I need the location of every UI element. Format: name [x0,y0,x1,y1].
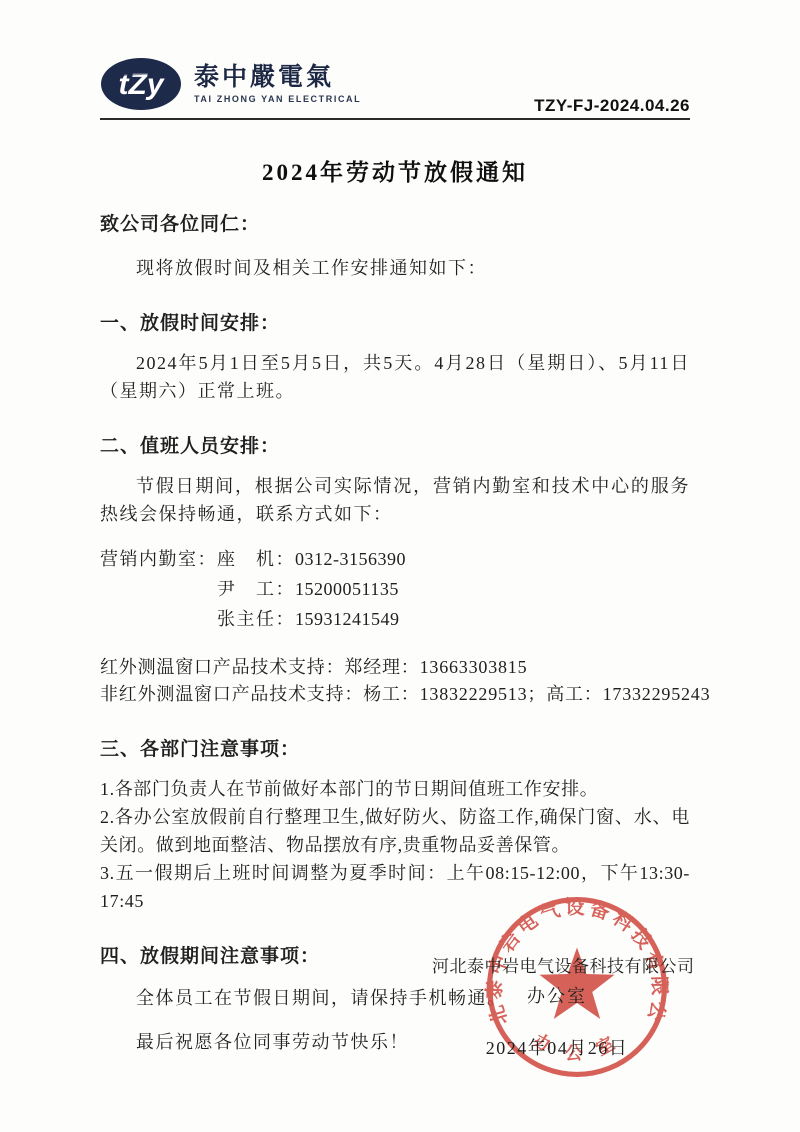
contact-phone: 15200051135 [295,579,399,599]
duty-office-label: 营销内勤室： [100,544,217,634]
section1-body: 2024年5月1日至5月5日，共5天。4月28日（星期日）、5月11日（星期六）… [100,349,690,405]
section3-heading: 三、各部门注意事项： [100,734,690,761]
duty-contact-list: 座 机：0312-3156390 尹 工：15200051135 张主任：159… [217,544,406,634]
signature-company: 河北泰中岩电气设备科技有限公司 [432,952,682,977]
letterhead: tZy 泰中嚴電氣 TAI ZHONG YAN ELECTRICAL TZY-F… [100,56,690,120]
brand-name-en: TAI ZHONG YAN ELECTRICAL [194,94,361,104]
brand-text: 泰中嚴電氣 TAI ZHONG YAN ELECTRICAL [194,64,361,104]
support-line-infrared: 红外测温窗口产品技术支持：郑经理：13663303815 [100,654,690,681]
support-line-non-infrared: 非红外测温窗口产品技术支持：杨工：13832229513；高工：17332295… [100,681,690,708]
salutation: 致公司各位同仁： [100,209,690,236]
company-logo-icon: tZy [100,56,182,112]
section2-heading: 二、值班人员安排： [100,431,690,458]
contact-name: 尹 工： [217,579,295,599]
notice-title: 2024年劳动节放假通知 [100,154,690,187]
section2-body: 节假日期间，根据公司实际情况，营销内勤室和技术中心的服务热线会保持畅通，联系方式… [100,472,690,528]
tech-support-block: 红外测温窗口产品技术支持：郑经理：13663303815 非红外测温窗口产品技术… [100,654,690,708]
duty-contact-block: 营销内勤室： 座 机：0312-3156390 尹 工：15200051135 … [100,544,690,634]
notice-item: 2.各办公室放假前自行整理卫生,做好防火、防盗工作,确保门窗、水、电关闭。做到地… [100,803,690,859]
contact-row: 张主任：15931241549 [217,604,406,634]
contact-phone: 15931241549 [295,609,400,629]
notice-page: tZy 泰中嚴電氣 TAI ZHONG YAN ELECTRICAL TZY-F… [0,0,800,1132]
notice-item: 1.各部门负责人在节前做好本部门的节日期间值班工作安排。 [100,775,690,803]
contact-name: 张主任： [217,609,295,629]
section1-heading: 一、放假时间安排： [100,308,690,335]
signature-date: 2024年04月26日 [432,1034,682,1060]
contact-row: 座 机：0312-3156390 [217,544,406,574]
intro-paragraph: 现将放假时间及相关工作安排通知如下： [100,254,690,282]
brand-name-cn: 泰中嚴電氣 [194,64,361,92]
document-number: TZY-FJ-2024.04.26 [534,96,690,116]
contact-name: 座 机： [217,549,295,569]
contact-row: 尹 工：15200051135 [217,574,406,604]
signature-office: 办公室 [432,982,682,1008]
contact-phone: 0312-3156390 [295,549,406,569]
signature-block: 河北泰中岩电气设备科技有限公司 办公室 2024年04月26日 [432,952,682,1060]
